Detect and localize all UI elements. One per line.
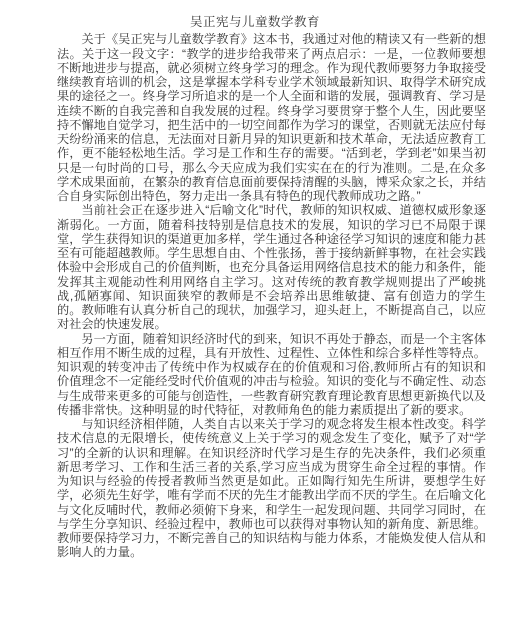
paragraph-knowledge-economy-era: 另一方面，随着知识经济时代的到来，知识不再处于静态，而是一个主客体相互作用不断生… [57, 332, 486, 418]
document-page: 吴正宪与儿童数学教育 关于《吴正宪与儿童数学教育》这本书，我通过对他的精读又有一… [0, 0, 510, 621]
document-title: 吴正宪与儿童数学教育 [0, 15, 510, 29]
paragraph-intro-two-revelations: 关于《吴正宪与儿童数学教育》这本书，我通过对他的精读又有一些新的想法。关于这一段… [57, 32, 486, 203]
paragraph-learning-concept-change: 与知识经济相伴随，人类自古以来关于学习的观念将发生根本性改变。科学技术信息的无限… [57, 417, 486, 560]
paragraph-post-figurative-culture: 当前社会正在逐步进入“后喻文化”时代，教师的知识权威、道德权威形象逐渐弱化。一方… [57, 203, 486, 331]
document-body: 关于《吴正宪与儿童数学教育》这本书，我通过对他的精读又有一些新的想法。关于这一段… [57, 32, 486, 559]
